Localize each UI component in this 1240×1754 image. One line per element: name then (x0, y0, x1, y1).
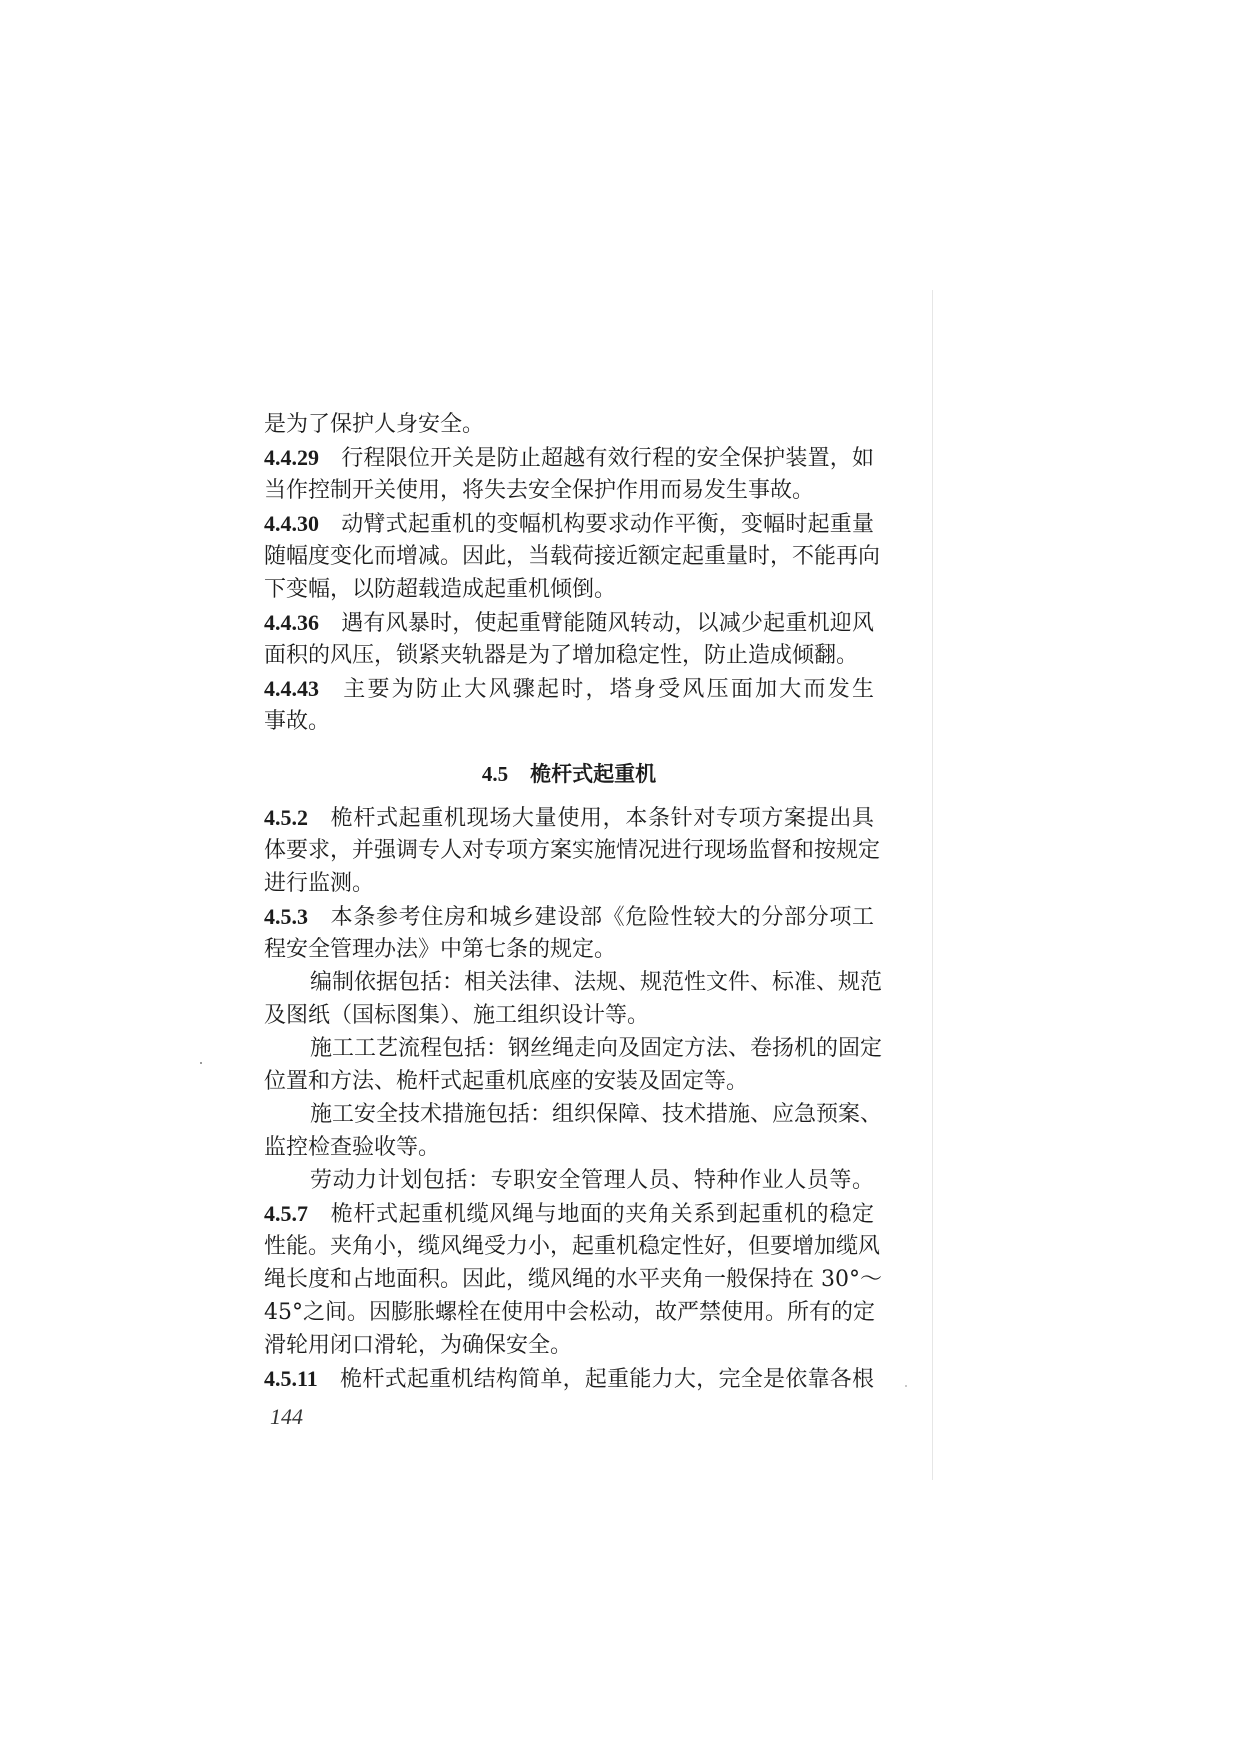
text-line: 当作控制开关使用，将失去安全保护作用而易发生事故。 (264, 474, 874, 507)
page-number: 144 (270, 1404, 303, 1430)
clause-number: 4.4.43 (264, 672, 319, 705)
line-text: 本条参考住房和城乡建设部《危险性较大的分部分项工 (330, 905, 874, 930)
line-text: 下变幅，以防超载造成起重机倾倒。 (264, 577, 616, 602)
line-text: 施工安全技术措施包括：组织保障、技术措施、应急预案、 (310, 1102, 882, 1127)
line-text: 监控检查验收等。 (264, 1135, 440, 1160)
text-line: 施工工艺流程包括：钢丝绳走向及固定方法、卷扬机的固定 (310, 1032, 874, 1065)
section-title: 桅杆式起重机 (530, 762, 656, 786)
text-line: 进行监测。 (264, 867, 874, 900)
text-line: 滑轮用闭口滑轮，为确保安全。 (264, 1329, 874, 1362)
line-text: 程安全管理办法》中第七条的规定。 (264, 937, 616, 962)
document-page: 是为了保护人身安全。4.4.29行程限位开关是防止超越有效行程的安全保护装置，如… (0, 0, 1240, 1754)
text-line: 体要求，并强调专人对专项方案实施情况进行现场监督和按规定 (264, 834, 874, 867)
line-text: 编制依据包括：相关法律、法规、规范性文件、标准、规范 (310, 970, 882, 995)
page-edge-rule (932, 290, 933, 1480)
clause-number: 4.4.29 (264, 441, 319, 474)
clause-line: 4.5.7桅杆式起重机缆风绳与地面的夹角关系到起重机的稳定 (264, 1197, 874, 1230)
clause-line: 4.4.29行程限位开关是防止超越有效行程的安全保护装置，如 (264, 441, 874, 474)
line-text: 及图纸（国标图集）、施工组织设计等。 (264, 1003, 649, 1028)
line-text: 桅杆式起重机缆风绳与地面的夹角关系到起重机的稳定 (330, 1202, 874, 1227)
clause-line: 4.5.11桅杆式起重机结构简单，起重能力大，完全是依靠各根 (264, 1362, 874, 1395)
text-line: 位置和方法、桅杆式起重机底座的安装及固定等。 (264, 1065, 874, 1098)
section-number: 4.5 (482, 762, 508, 786)
text-line: 性能。夹角小，缆风绳受力小，起重机稳定性好，但要增加缆风 (264, 1230, 874, 1263)
line-text: 主要为防止大风骤起时，塔身受风压面加大而发生 (341, 677, 874, 702)
clause-number: 4.5.3 (264, 900, 308, 933)
clause-number: 4.5.7 (264, 1197, 308, 1230)
line-text: 进行监测。 (264, 871, 374, 896)
line-text: 动臂式起重机的变幅机构要求动作平衡，变幅时起重量 (341, 512, 874, 537)
clause-line: 4.4.30动臂式起重机的变幅机构要求动作平衡，变幅时起重量 (264, 507, 874, 540)
line-text: 随幅度变化而增减。因此，当载荷接近额定起重量时，不能再向 (264, 544, 880, 569)
line-text: 劳动力计划包括：专职安全管理人员、特种作业人员等。 (310, 1168, 874, 1193)
text-line: 是为了保护人身安全。 (264, 408, 874, 441)
line-text: 绳长度和占地面积。因此，缆风绳的水平夹角一般保持在 30°～ (264, 1267, 882, 1292)
line-text: 是为了保护人身安全。 (264, 412, 484, 437)
line-text: 当作控制开关使用，将失去安全保护作用而易发生事故。 (264, 478, 814, 503)
clause-line: 4.5.2桅杆式起重机现场大量使用，本条针对专项方案提出具 (264, 801, 874, 834)
line-text: 性能。夹角小，缆风绳受力小，起重机稳定性好，但要增加缆风 (264, 1234, 880, 1259)
line-text: 位置和方法、桅杆式起重机底座的安装及固定等。 (264, 1069, 748, 1094)
text-line: 随幅度变化而增减。因此，当载荷接近额定起重量时，不能再向 (264, 540, 874, 573)
text-line: 监控检查验收等。 (264, 1131, 874, 1164)
section-heading: 4.5桅杆式起重机 (264, 758, 874, 791)
clause-number: 4.5.2 (264, 801, 308, 834)
text-line: 及图纸（国标图集）、施工组织设计等。 (264, 999, 874, 1032)
text-line: 施工安全技术措施包括：组织保障、技术措施、应急预案、 (310, 1098, 874, 1131)
text-line: 程安全管理办法》中第七条的规定。 (264, 933, 874, 966)
text-line: 绳长度和占地面积。因此，缆风绳的水平夹角一般保持在 30°～ (264, 1263, 874, 1296)
text-line: 劳动力计划包括：专职安全管理人员、特种作业人员等。 (310, 1164, 874, 1197)
scan-speck (905, 1385, 907, 1387)
line-text: 行程限位开关是防止超越有效行程的安全保护装置，如 (341, 446, 874, 471)
line-text: 遇有风暴时，使起重臂能随风转动，以减少起重机迎风 (341, 611, 874, 636)
line-text: 45°之间。因膨胀螺栓在使用中会松动，故严禁使用。所有的定 (264, 1300, 875, 1325)
line-text: 桅杆式起重机结构简单，起重能力大，完全是依靠各根 (340, 1367, 874, 1392)
text-line: 事故。 (264, 705, 874, 738)
line-text: 面积的风压，锁紧夹轨器是为了增加稳定性，防止造成倾翻。 (264, 643, 858, 668)
clause-line: 4.4.43主要为防止大风骤起时，塔身受风压面加大而发生 (264, 672, 874, 705)
clause-number: 4.5.11 (264, 1362, 318, 1395)
line-text: 体要求，并强调专人对专项方案实施情况进行现场监督和按规定 (264, 838, 880, 863)
line-text: 施工工艺流程包括：钢丝绳走向及固定方法、卷扬机的固定 (310, 1036, 882, 1061)
text-line: 面积的风压，锁紧夹轨器是为了增加稳定性，防止造成倾翻。 (264, 639, 874, 672)
clause-line: 4.5.3本条参考住房和城乡建设部《危险性较大的分部分项工 (264, 900, 874, 933)
line-text: 桅杆式起重机现场大量使用，本条针对专项方案提出具 (330, 806, 874, 831)
scan-speck (200, 1062, 202, 1064)
clause-number: 4.4.36 (264, 606, 319, 639)
text-line: 下变幅，以防超载造成起重机倾倒。 (264, 573, 874, 606)
clause-line: 4.4.36遇有风暴时，使起重臂能随风转动，以减少起重机迎风 (264, 606, 874, 639)
clause-number: 4.4.30 (264, 507, 319, 540)
line-text: 事故。 (264, 709, 330, 734)
text-line: 编制依据包括：相关法律、法规、规范性文件、标准、规范 (310, 966, 874, 999)
line-text: 滑轮用闭口滑轮，为确保安全。 (264, 1333, 572, 1358)
text-line: 45°之间。因膨胀螺栓在使用中会松动，故严禁使用。所有的定 (264, 1296, 874, 1329)
